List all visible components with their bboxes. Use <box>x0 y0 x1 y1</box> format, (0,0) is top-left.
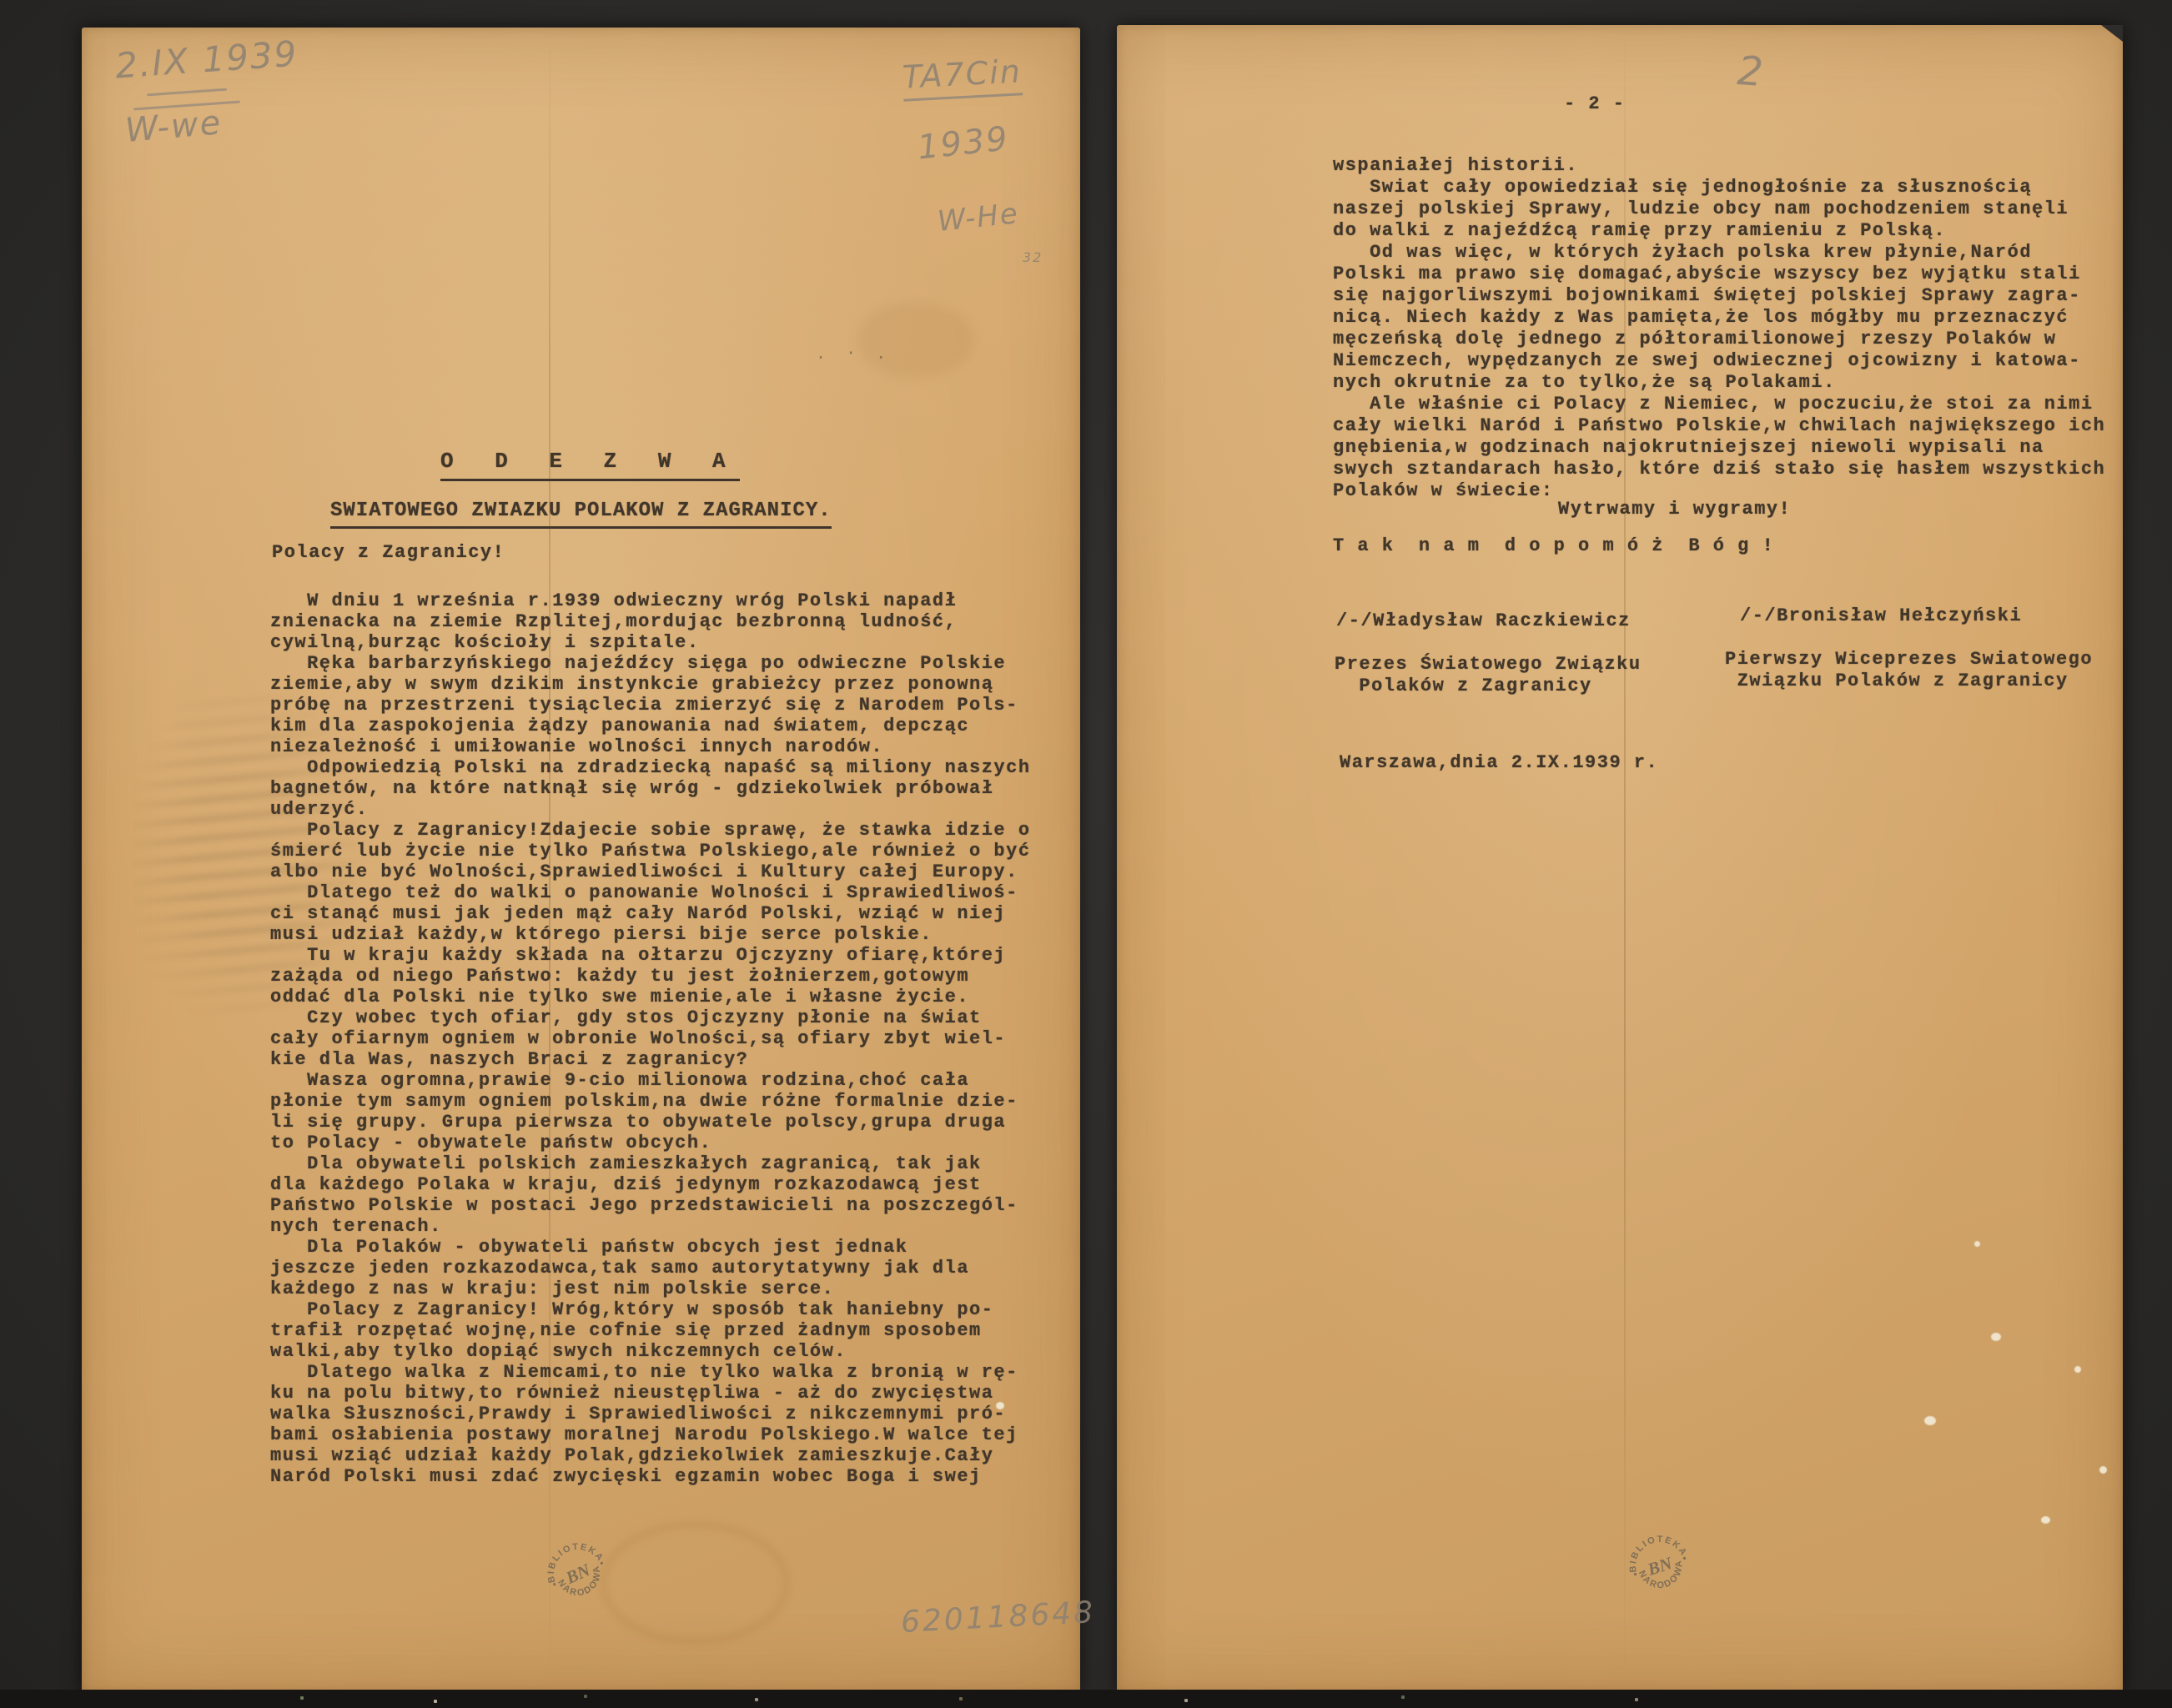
typed-text-line: ci stanąć musi jak jeden mąż cały Naród … <box>270 903 1046 924</box>
corner-tear <box>2101 25 2123 42</box>
typed-text-line: musi udział każdy,w którego piersi bije … <box>270 924 1046 945</box>
pencil-archival-note-line2: 1939 <box>916 119 1011 167</box>
typed-text-line: Wasza ogromna,prawie 9-cio milionowa rod… <box>270 1070 1046 1091</box>
typed-text-line: Polaków z Zagranicy <box>1335 676 1642 697</box>
typed-text-line: męczeńską dolę jednego z półtoramilionow… <box>1333 329 2125 350</box>
pencil-archival-note-line3: W-He <box>936 197 1020 239</box>
typed-text-line: bami osłabienia postawy moralnej Narodu … <box>270 1424 1046 1445</box>
accession-number: 620118648 <box>900 1595 1096 1640</box>
paper-speck <box>2099 1466 2107 1474</box>
typed-text-line: śmierć lub życie nie tylko Państwa Polsk… <box>270 841 1046 862</box>
pencil-archival-note-line4: 32 <box>1023 249 1043 265</box>
typed-text-line: Tu w kraju każdy składa na ołtarzu Ojczy… <box>270 945 1046 966</box>
typed-text-line: płonie tym samym ogniem polskim,na dwie … <box>270 1091 1046 1112</box>
typed-text-line: jeszcze jeden rozkazodawca,tak samo auto… <box>270 1258 1046 1278</box>
typed-text-line: Czy wobec tych ofiar, gdy stos Ojczyzny … <box>270 1007 1046 1028</box>
typed-text-line: kie dla Was, naszych Braci z zagranicy? <box>270 1049 1046 1070</box>
paper-speck <box>1974 1241 1980 1247</box>
typed-text-line: Dlatego walka z Niemcami,to nie tylko wa… <box>270 1362 1046 1383</box>
typed-text-line: naszej polskiej Sprawy, ludzie obcy nam … <box>1333 198 2125 220</box>
typed-text-line: Dlatego też do walki o panowanie Wolnośc… <box>270 882 1046 903</box>
signature-right-title: Pierwszy Wiceprezes Swiatowego Związku P… <box>1725 649 2093 692</box>
library-stamp: BIBLIOTEKA NARODOWA BN <box>1618 1525 1702 1609</box>
signature-left-name: /-/Władysław Raczkiewicz <box>1336 610 1631 632</box>
prayer-line: T a k n a m d o p o m ó ż B ó g ! <box>1333 535 1774 557</box>
paper-speck <box>996 1402 1004 1409</box>
paper-crease <box>549 28 551 1692</box>
pencil-underline <box>147 88 227 97</box>
typed-text-line: Pierwszy Wiceprezes Swiatowego <box>1725 649 2093 671</box>
typed-text-line: Niemczech, wypędzanych ze swej odwieczne… <box>1333 350 2125 372</box>
scanner-edge-strip <box>0 1690 2172 1708</box>
typed-text-line: albo nie być Wolności,Sprawiedliwości i … <box>270 862 1046 882</box>
motto-line: Wytrwamy i wygramy! <box>1558 499 1791 520</box>
typed-text-line: Prezes Światowego Związku <box>1335 654 1642 676</box>
typed-text-line: Państwo Polskie w postaci Jego przedstaw… <box>270 1195 1046 1216</box>
typed-text-line: gnębienia,w godzinach najokrutniejszej n… <box>1333 437 2125 459</box>
typed-text-line: Polski ma prawo się domagać,abyście wszy… <box>1333 264 2125 285</box>
typed-text-line: znienacka na ziemie Rzplitej,mordując be… <box>270 611 1046 632</box>
typed-text-line: Ręka barbarzyńskiego najeźdźcy sięga po … <box>270 653 1046 674</box>
typed-text-line: Dla Polaków - obywateli państw obcych je… <box>270 1237 1046 1258</box>
typed-text-line: cały ofiarnym ogniem w obronie Wolności,… <box>270 1028 1046 1049</box>
typed-text-line: się najgorliwszymi bojownikami świętej p… <box>1333 285 2125 307</box>
typed-text-line: Związku Polaków z Zagranicy <box>1725 671 2093 692</box>
paper-speck <box>2041 1516 2050 1524</box>
typed-text-line: wspaniałej historii. <box>1333 155 2125 177</box>
typed-text-line: oddać dla Polski nie tylko swe mienie,al… <box>270 987 1046 1007</box>
paper-stain <box>857 303 974 378</box>
typed-text-line: ku na polu bitwy,to również nieustępliwa… <box>270 1383 1046 1404</box>
signature-left-title: Prezes Światowego Związku Polaków z Zagr… <box>1335 654 1642 697</box>
typed-text-line: każdego z nas w kraju: jest nim polskie … <box>270 1278 1046 1299</box>
typed-text-line: trafił rozpętać wojnę,nie cofnie się prz… <box>270 1320 1046 1341</box>
paper-speck <box>1991 1333 2001 1341</box>
document-subtitle: SWIATOWEGO ZWIAZKU POLAKOW Z ZAGRANICY. <box>330 500 832 529</box>
dateline: Warszawa,dnia 2.IX.1939 r. <box>1340 752 1658 774</box>
typed-text-line: Dla obywateli polskich zamieszkałych zag… <box>270 1153 1046 1174</box>
paper-speck <box>2074 1366 2081 1373</box>
document-page-2: - 2 - 2 wspaniałej historii. Swiat cały … <box>1117 25 2123 1692</box>
typed-text-line: bagnetów, na które natknął się wróg - gd… <box>270 778 1046 799</box>
typed-text-line: Polacy z Zagranicy! Wróg,który w sposób … <box>270 1299 1046 1320</box>
typed-text-line: nicą. Niech każdy z Was pamięta,że los m… <box>1333 307 2125 329</box>
pencil-place-annotation: W-we <box>123 103 224 150</box>
typed-text-line: W dniu 1 września r.1939 odwieczny wróg … <box>270 590 1046 611</box>
page2-body-text: wspaniałej historii. Swiat cały opowiedz… <box>1333 155 2125 502</box>
pencil-page-number: 2 <box>1736 48 1766 96</box>
paper-crease <box>1624 25 1626 1692</box>
page1-body-text: W dniu 1 września r.1939 odwieczny wróg … <box>270 590 1046 1487</box>
typed-text-line: swych sztandarach hasło, które dziś stał… <box>1333 459 2125 480</box>
typed-text-line: Od was więc, w których żyłach polska kre… <box>1333 242 2125 264</box>
page-number: - 2 - <box>1564 93 1626 115</box>
typed-text-line: musi wziąć udział każdy Polak,gdziekolwi… <box>270 1445 1046 1466</box>
typed-text-line: niezależność i umiłowanie wolności innyc… <box>270 736 1046 757</box>
typed-text-line: walki,aby tylko dopiąć swych nikczemnych… <box>270 1341 1046 1362</box>
document-title: O D E Z W A <box>440 449 740 481</box>
scanner-background: 2.IX 1939 W-we TA7Cin 1939 W-He 32 . · .… <box>0 0 2172 1708</box>
typed-text-line: do walki z najeźdźcą ramię przy ramieniu… <box>1333 220 2125 242</box>
typed-text-line: walka Słuszności,Prawdy i Sprawiedliwośc… <box>270 1404 1046 1424</box>
signature-right-name: /-/Bronisław Hełczyński <box>1740 605 2022 627</box>
pencil-archival-note-line1: TA7Cin <box>902 53 1023 101</box>
typed-text-line: li się grupy. Grupa pierwsza to obywatel… <box>270 1112 1046 1133</box>
typed-text-line: to Polacy - obywatele państw obcych. <box>270 1133 1046 1153</box>
bleed-through-text <box>132 686 357 1019</box>
typed-text-line: uderzyć. <box>270 799 1046 820</box>
typed-text-line: kim dla zaspokojenia żądzy panowania nad… <box>270 716 1046 736</box>
typed-text-line: Naród Polski musi zdać zwycięski egzamin… <box>270 1466 1046 1487</box>
pencil-date-annotation: 2.IX 1939 <box>114 33 299 86</box>
typed-text-line: dla każdego Polaka w kraju, dziś jedynym… <box>270 1174 1046 1195</box>
typed-text-line: nych terenach. <box>270 1216 1046 1237</box>
typed-text-line: nych okrutnie za to tylko,że są Polakami… <box>1333 372 2125 394</box>
paper-speck <box>1924 1416 1936 1425</box>
typed-text-line: Ale właśnie ci Polacy z Niemiec, w poczu… <box>1333 394 2125 415</box>
typed-text-line: cały wielki Naród i Państwo Polskie,w ch… <box>1333 415 2125 437</box>
document-page-1: 2.IX 1939 W-we TA7Cin 1939 W-He 32 . · .… <box>82 28 1080 1692</box>
typed-text-line: Swiat cały opowiedział się jednogłośnie … <box>1333 177 2125 198</box>
typed-text-line: Polacy z Zagranicy!Zdajecie sobie sprawę… <box>270 820 1046 841</box>
water-stain <box>599 1520 791 1645</box>
typed-text-line: Odpowiedzią Polski na zdradziecką napaść… <box>270 757 1046 778</box>
typed-text-line: zażąda od niego Państwo: każdy tu jest ż… <box>270 966 1046 987</box>
salutation: Polacy z Zagranicy! <box>272 542 505 564</box>
typed-text-line: próbę na przestrzeni tysiąclecia zmierzy… <box>270 695 1046 716</box>
typed-text-line: cywilną,burząc kościoły i szpitale. <box>270 632 1046 653</box>
typed-text-line: ziemie,aby w swym dzikim instynkcie grab… <box>270 674 1046 695</box>
